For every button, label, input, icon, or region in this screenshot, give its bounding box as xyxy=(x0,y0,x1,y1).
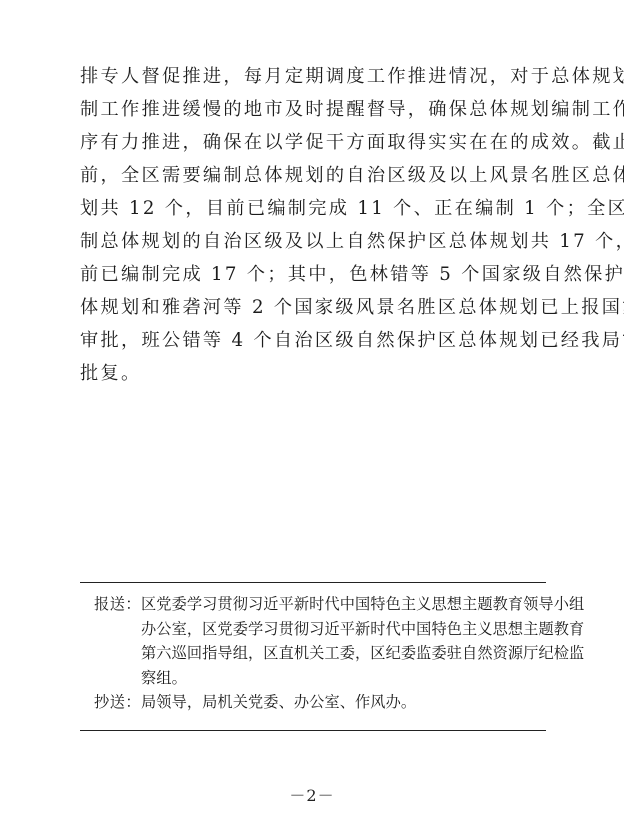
copy-to-label: 抄送： xyxy=(94,690,141,715)
copy-to-recipients: 局领导，局机关党委、办公室、作风办。 xyxy=(141,690,554,715)
document-page: 排专人督促推进，每月定期调度工作推进情况，对于总体规划编 制工作推进缓慢的地市及… xyxy=(0,0,624,835)
report-to-row: 报送： 区党委学习贯彻习近平新时代中国特色主义思想主题教育领导小组 办公室，区党… xyxy=(94,592,554,690)
recipient-line: 局领导，局机关党委、办公室、作风办。 xyxy=(141,690,554,715)
body-line: 审批，班公错等 4 个自治区级自然保护区总体规划已经我局审查 xyxy=(80,324,552,357)
body-line: 排专人督促推进，每月定期调度工作推进情况，对于总体规划编 xyxy=(80,60,552,93)
distribution-block: 报送： 区党委学习贯彻习近平新时代中国特色主义思想主题教育领导小组 办公室，区党… xyxy=(94,592,554,715)
body-line: 划共 12 个，目前已编制完成 11 个、正在编制 1 个；全区需要编 xyxy=(80,192,552,225)
copy-to-row: 抄送： 局领导，局机关党委、办公室、作风办。 xyxy=(94,690,554,715)
report-to-label: 报送： xyxy=(94,592,141,690)
body-line: 前，全区需要编制总体规划的自治区级及以上风景名胜区总体规 xyxy=(80,159,552,192)
recipient-line: 察组。 xyxy=(141,666,584,691)
body-line: 体规划和雅砻河等 2 个国家级风景名胜区总体规划已上报国家 xyxy=(80,291,552,324)
report-to-recipients: 区党委学习贯彻习近平新时代中国特色主义思想主题教育领导小组 办公室，区党委学习贯… xyxy=(141,592,584,690)
body-line: 制工作推进缓慢的地市及时提醒督导，确保总体规划编制工作有 xyxy=(80,93,552,126)
distribution-bottom-rule xyxy=(80,730,546,731)
page-number: －2－ xyxy=(0,783,624,806)
body-paragraph: 排专人督促推进，每月定期调度工作推进情况，对于总体规划编 制工作推进缓慢的地市及… xyxy=(80,60,552,390)
recipient-line: 第六巡回指导组，区直机关工委，区纪委监委驻自然资源厅纪检监 xyxy=(141,641,584,666)
body-line: 批复。 xyxy=(80,357,552,390)
recipient-line: 办公室，区党委学习贯彻习近平新时代中国特色主义思想主题教育 xyxy=(141,617,584,642)
body-line: 序有力推进，确保在以学促干方面取得实实在在的成效。截止目 xyxy=(80,126,552,159)
body-line: 前已编制完成 17 个；其中，色林错等 5 个国家级自然保护区总 xyxy=(80,258,552,291)
recipient-line: 区党委学习贯彻习近平新时代中国特色主义思想主题教育领导小组 xyxy=(141,592,584,617)
body-line: 制总体规划的自治区级及以上自然保护区总体规划共 17 个，目 xyxy=(80,225,552,258)
distribution-top-rule xyxy=(80,582,546,583)
